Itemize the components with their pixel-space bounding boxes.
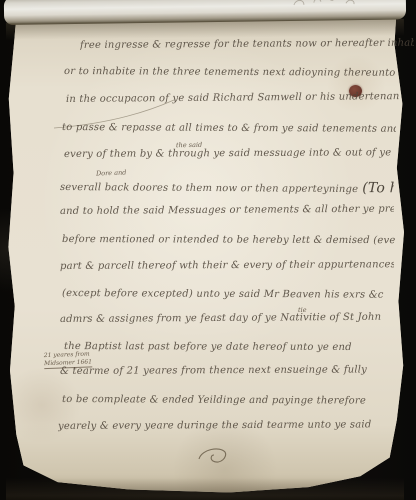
scribal-flourish bbox=[196, 444, 230, 468]
manuscript-line: to passe & repasse at all times to & fro… bbox=[62, 122, 396, 139]
manuscript-line: severall back doores to them now or then… bbox=[60, 178, 394, 195]
manuscript-line: yearely & every yeare duringe the said t… bbox=[58, 419, 371, 436]
interlinear-insertion: Dore and bbox=[96, 168, 127, 177]
margin-note: 21 yeares from Midsomer 1661 bbox=[44, 350, 109, 369]
flourished-phrase: (To haue bbox=[362, 180, 394, 195]
show-through-marks bbox=[288, 0, 358, 13]
manuscript-line: free ingresse & regresse for the tenants… bbox=[80, 38, 414, 55]
manuscript-line: to be compleate & ended Yeildinge and pa… bbox=[62, 394, 366, 411]
manuscript-line-text: severall back doores to them now or then… bbox=[60, 182, 358, 195]
interlinear-insertion: tie bbox=[298, 306, 307, 314]
manuscript-line: part & parcell thereof wth their & every… bbox=[60, 259, 394, 276]
manuscript-line: (except before excepted) unto ye said Mr… bbox=[62, 288, 384, 305]
margin-note-line: Midsomer 1661 bbox=[44, 358, 92, 369]
manuscript-line: admrs & assignes from ye feast day of ye… bbox=[60, 312, 381, 329]
manuscript-line: or to inhabite in the three tenements ne… bbox=[64, 66, 398, 83]
manuscript-line: in the occupacon of ye said Richard Samw… bbox=[66, 91, 400, 109]
photo-backdrop: free ingresse & regresse for the tenants… bbox=[0, 0, 416, 500]
manuscript-line: before mentioned or intended to be hereb… bbox=[62, 234, 396, 250]
deckle-edge-shadow bbox=[6, 478, 404, 500]
interlinear-insertion: the said bbox=[176, 141, 202, 149]
manuscript-line: and to hold the said Messuages or teneme… bbox=[60, 204, 394, 221]
manuscript-line: every of them by & through ye said messu… bbox=[64, 147, 391, 164]
